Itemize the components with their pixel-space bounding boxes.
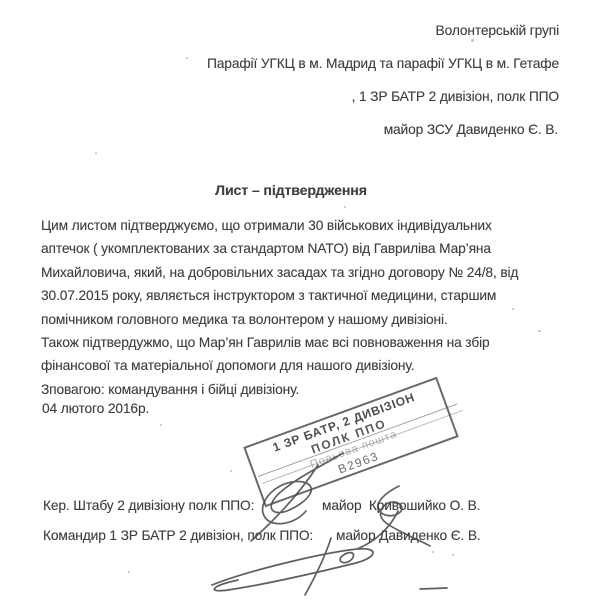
recipient-line-4: майор ЗСУ Давиденко Є. В.	[384, 122, 558, 137]
signature-flourish	[212, 511, 398, 591]
scan-speck	[230, 470, 232, 472]
scan-speck	[160, 424, 162, 426]
letter-body: Цим листом підтверджуємо, що отримали 30…	[41, 214, 518, 401]
recipient-line-2: Парафії УГКЦ в м. Мадрид та парафії УГКЦ…	[207, 56, 559, 71]
recipient-line-1: Волонтерській групі	[436, 23, 559, 38]
scan-speck	[128, 571, 130, 573]
recipient-line-3: , 1 ЗР БАТР 2 дивізіон, полк ППО	[352, 89, 559, 104]
scan-speck	[252, 393, 254, 395]
scan-speck	[186, 57, 188, 59]
letter-title: Лист – підтвердження	[0, 183, 582, 199]
scan-speck	[452, 554, 454, 556]
scan-speck	[471, 39, 474, 42]
signature-role-commander: Командир 1 ЗР БАТР 2 дивізіон, полк ППО:	[43, 528, 313, 543]
signature-name-davydenko: майор Давиденко Є. В.	[336, 528, 481, 543]
scan-speck	[344, 206, 346, 208]
scan-speck	[538, 330, 541, 332]
scan-speck	[95, 152, 97, 154]
signature-role-chief-of-staff: Кер. Штабу 2 дивізіону полк ППО:	[43, 498, 254, 513]
scan-speck	[432, 551, 434, 553]
letter-date: 04 лютого 2016р.	[42, 401, 149, 416]
scanned-letter-page: Волонтерській групі Парафії УГКЦ в м. Ма…	[0, 0, 590, 613]
scan-speck	[512, 308, 514, 310]
scan-speck	[246, 391, 248, 393]
signature-name-kryvoshyiko: майор Кривошийко О. В.	[322, 498, 480, 513]
